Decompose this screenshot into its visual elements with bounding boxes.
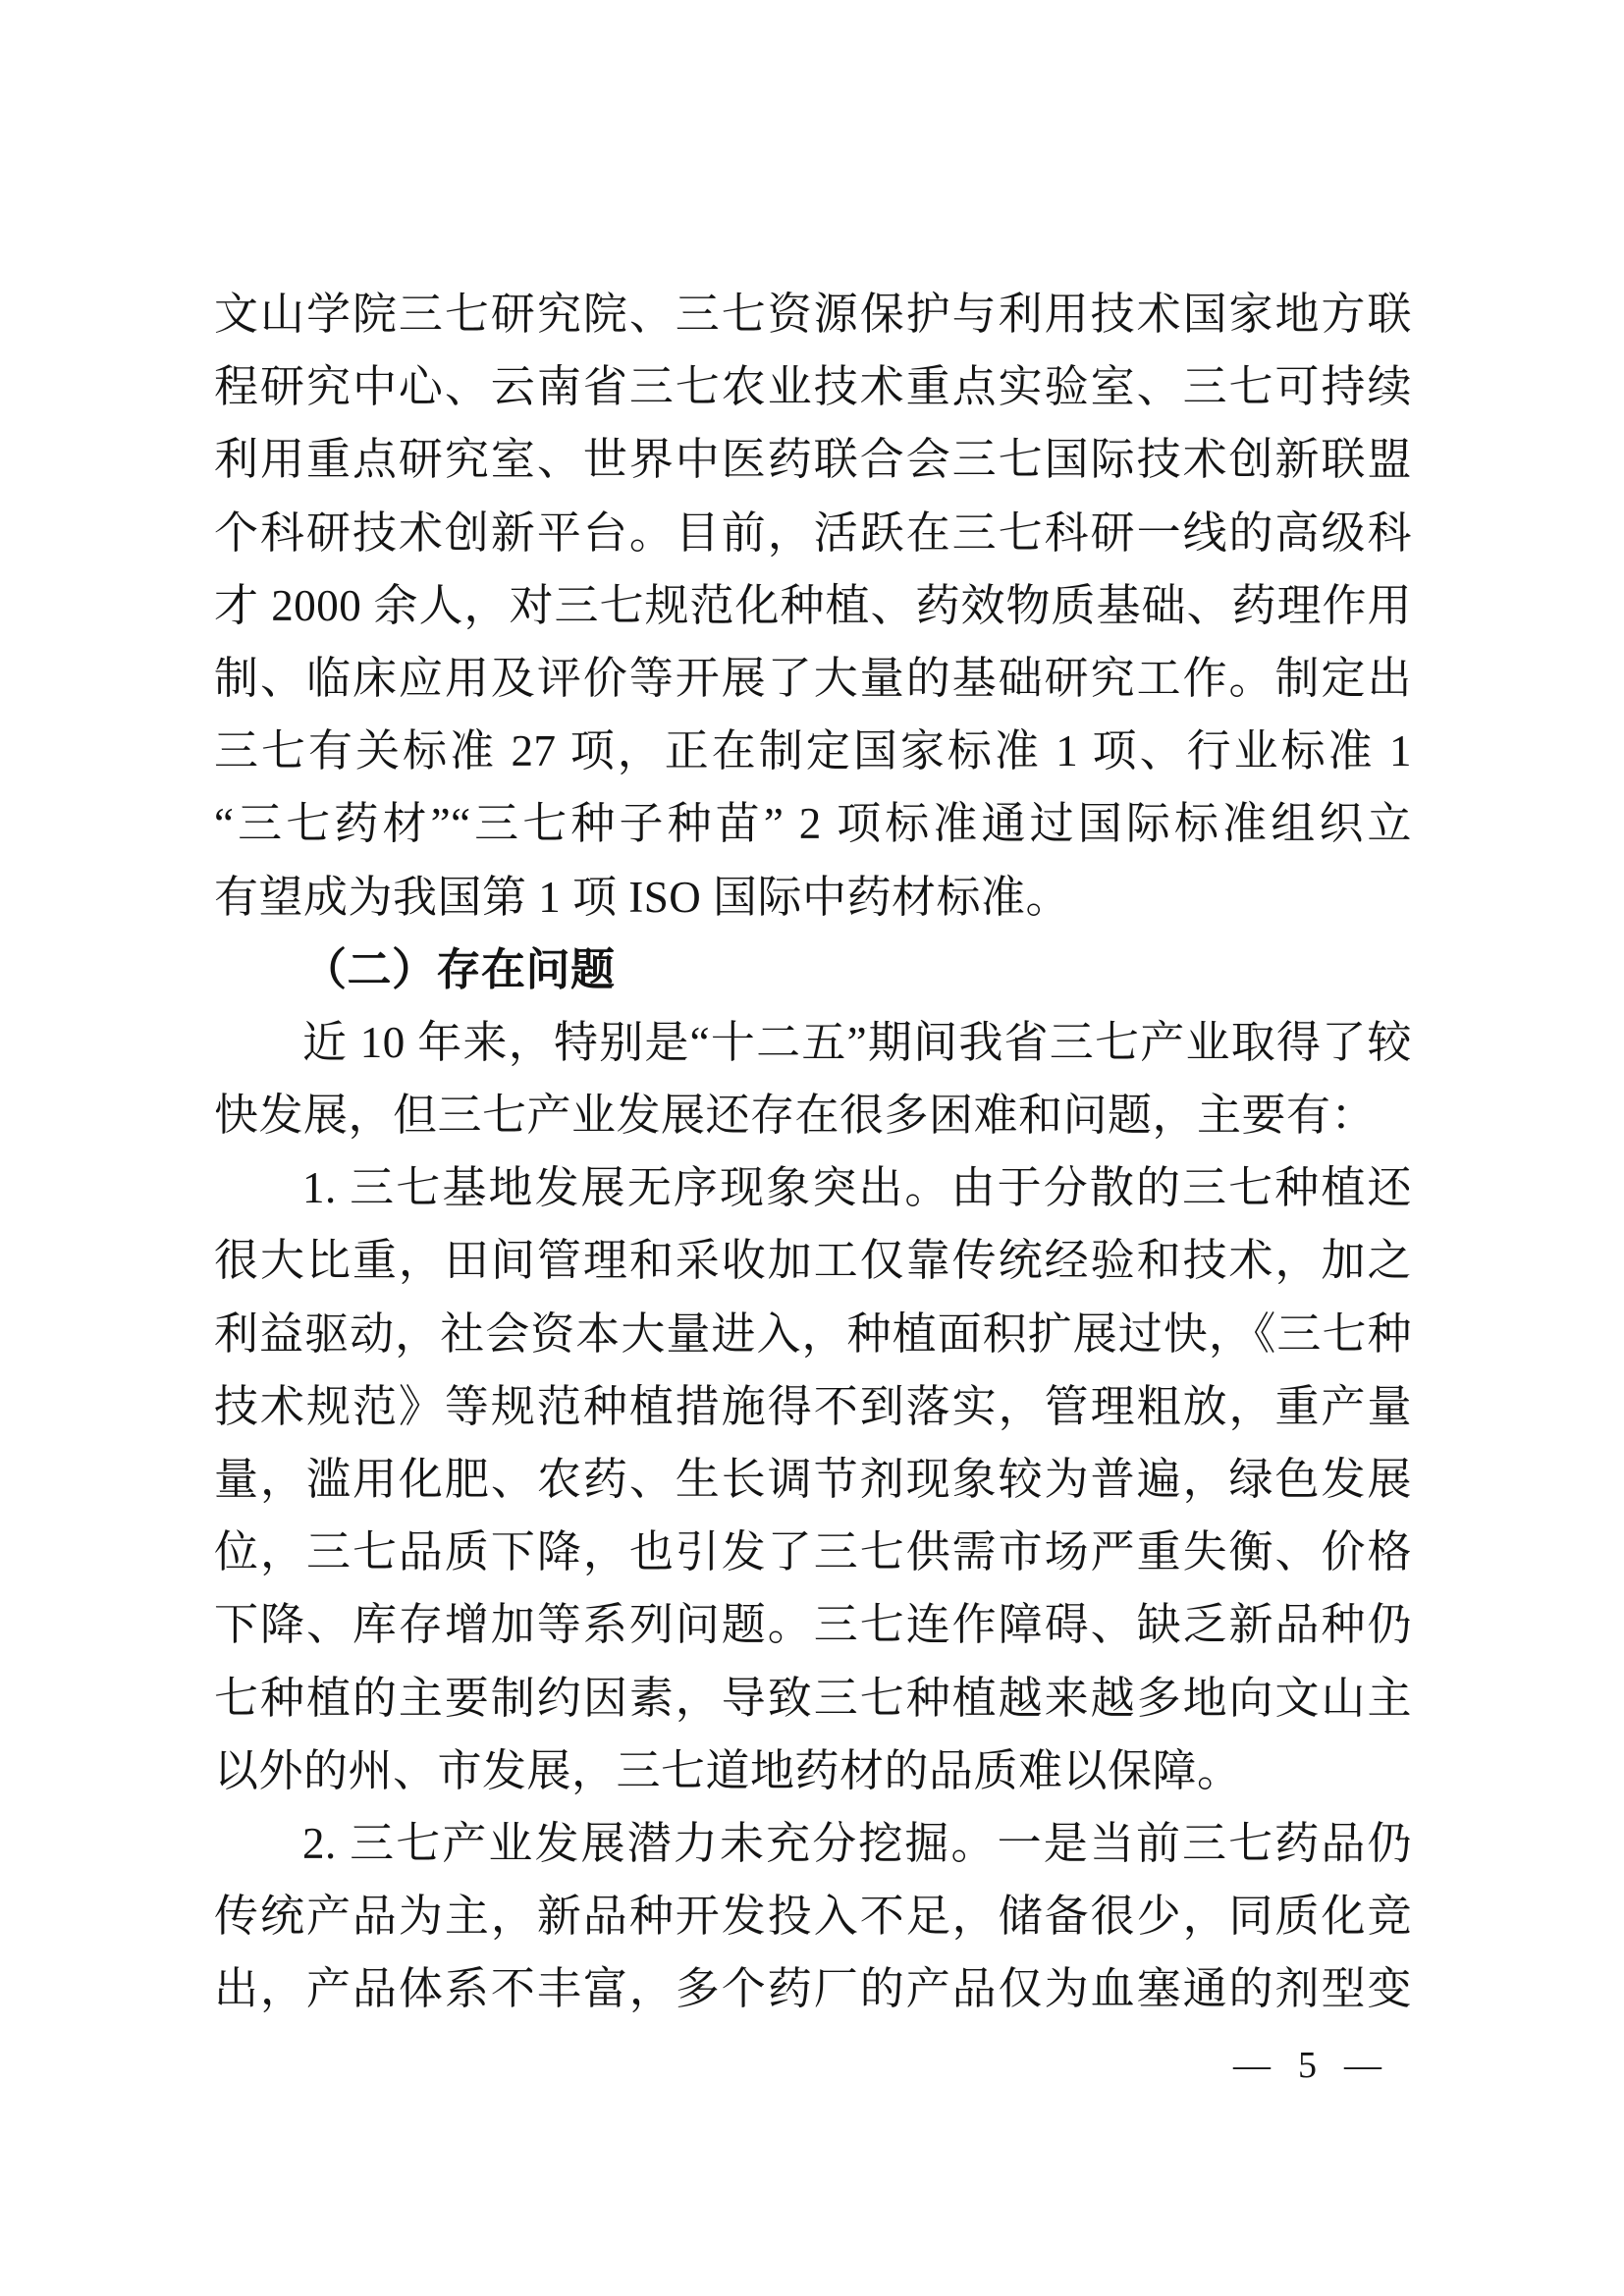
text-line: 以外的州、市发展，三七道地药材的品质难以保障。 bbox=[214, 1735, 1412, 1807]
text-line: 2. 三七产业发展潜力未充分挖掘。一是当前三七药品仍以 bbox=[214, 1807, 1412, 1880]
body-text: 文山学院三七研究院、三七资源保护与利用技术国家地方联合工程研究中心、云南省三七农… bbox=[214, 278, 1412, 2026]
text-line: 个科研技术创新平台。目前，活跃在三七科研一线的高级科研人 bbox=[214, 497, 1412, 569]
text-line: 三七有关标准 27 项，正在制定国家标准 1 项、行业标准 1 项， bbox=[214, 715, 1412, 787]
text-line: 制、临床应用及评价等开展了大量的基础研究工作。制定出台了 bbox=[214, 642, 1412, 715]
text-line: 出，产品体系不丰富，多个药厂的产品仅为血塞通的剂型变化。 bbox=[214, 1952, 1412, 2025]
text-line: 近 10 年来，特别是“十二五”期间我省三七产业取得了较 bbox=[214, 1006, 1412, 1079]
text-line: 文山学院三七研究院、三七资源保护与利用技术国家地方联合工 bbox=[214, 278, 1412, 350]
text-line: “三七药材”“三七种子种苗” 2 项标准通过国际标准组织立项， bbox=[214, 787, 1412, 860]
text-line: 利用重点研究室、世界中医药联合会三七国际技术创新联盟等多 bbox=[214, 423, 1412, 496]
text-line: 位，三七品质下降，也引发了三七供需市场严重失衡、价格大幅 bbox=[214, 1516, 1412, 1588]
document-page: 文山学院三七研究院、三七资源保护与利用技术国家地方联合工程研究中心、云南省三七农… bbox=[0, 0, 1624, 2296]
text-line: 1. 三七基地发展无序现象突出。由于分散的三七种植还占 bbox=[214, 1151, 1412, 1224]
text-line: 传统产品为主，新品种开发投入不足，储备很少，同质化竞争突 bbox=[214, 1880, 1412, 1952]
text-line: 快发展，但三七产业发展还存在很多困难和问题，主要有： bbox=[214, 1079, 1412, 1151]
text-line: 技术规范》等规范种植措施得不到落实，管理粗放，重产量轻质 bbox=[214, 1370, 1412, 1443]
section-heading: （二）存在问题 bbox=[214, 934, 1412, 1006]
text-line: 七种植的主要制约因素，导致三七种植越来越多地向文山主产地 bbox=[214, 1662, 1412, 1735]
text-line: 量，滥用化肥、农药、生长调节剂现象较为普遍，绿色发展不到 bbox=[214, 1443, 1412, 1516]
text-line: 利益驱动，社会资本大量进入，种植面积扩展过快，《三七种植 bbox=[214, 1298, 1412, 1370]
text-line: 才 2000 余人，对三七规范化种植、药效物质基础、药理作用机 bbox=[214, 569, 1412, 642]
text-line: 下降、库存增加等系列问题。三七连作障碍、缺乏新品种仍是三 bbox=[214, 1588, 1412, 1661]
text-line: 程研究中心、云南省三七农业技术重点实验室、三七可持续发展 bbox=[214, 350, 1412, 423]
page-number-value: 5 bbox=[1298, 2044, 1317, 2087]
text-line: 很大比重，田间管理和采收加工仅靠传统经验和技术，加之市场 bbox=[214, 1224, 1412, 1297]
page-number: — 5 — bbox=[1233, 2044, 1381, 2087]
text-line: 有望成为我国第 1 项 ISO 国际中药材标准。 bbox=[214, 861, 1412, 934]
page-number-left-dash: — bbox=[1233, 2044, 1271, 2087]
page-number-right-dash: — bbox=[1344, 2044, 1381, 2087]
